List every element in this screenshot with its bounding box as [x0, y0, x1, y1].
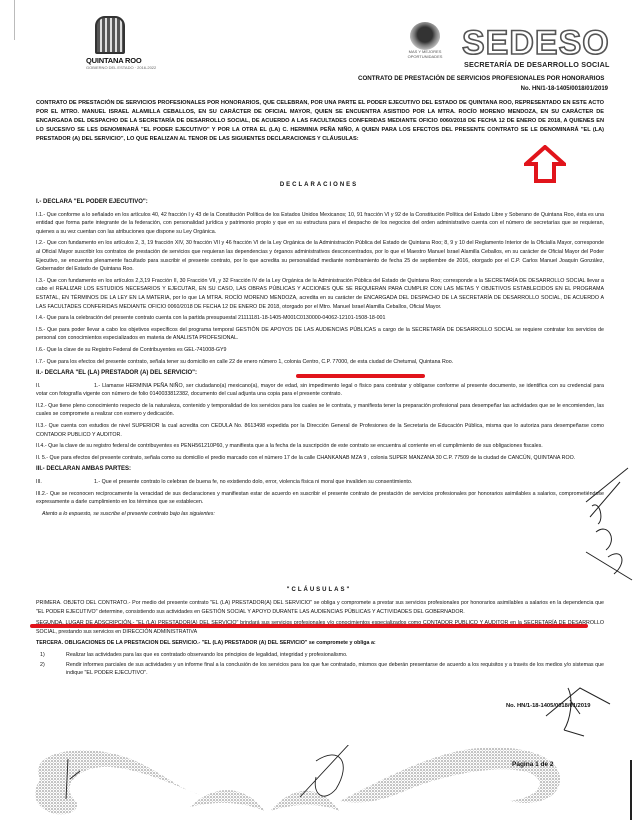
declaration-i3: I.3.- Que con fundamento en los artículo… — [36, 277, 604, 311]
page-number: Página 1 de 2 — [512, 761, 554, 768]
declaration-iii2: III.2.- Que se reconocen recíprocamente … — [36, 490, 604, 507]
declaration-ii5: II. 5.- Que para efectos del presente co… — [36, 454, 604, 463]
declaration-iii1-text: 1.- Que el presente contrato lo celebran… — [94, 479, 412, 485]
declaration-ii1-prefix: II. — [36, 382, 94, 391]
declaration-ii1: II.1.- Llamarse HERMINIA PEÑA NIÑO, ser … — [36, 382, 604, 399]
declaraciones-closing: Atento a lo expuesto, se suscribe el pre… — [36, 510, 604, 519]
obligation-item: 2) Rendir informes parciales de sus acti… — [36, 661, 604, 678]
clausulas-title: "CLÁUSULAS" — [0, 587, 638, 593]
declaration-iii1: III.1.- Que el presente contrato lo cele… — [36, 478, 604, 487]
red-arrow-up-icon — [524, 145, 566, 183]
declaration-i4: I.4.- Que para la celebración del presen… — [36, 314, 604, 323]
state-name: QUINTANA ROO — [86, 56, 134, 65]
declaration-ii3: II.3.- Que cuenta con estudios de nivel … — [36, 422, 604, 439]
declaration-ii1-text: 1.- Llamarse HERMINIA PEÑA NIÑO, ser ciu… — [36, 383, 604, 398]
quintana-roo-logo: QUINTANA ROO GOBIERNO DEL ESTADO · 2016-… — [86, 16, 134, 70]
state-subtitle: GOBIERNO DEL ESTADO · 2016-2022 — [86, 65, 134, 70]
signature-icon — [540, 680, 620, 740]
program-caption-2: OPORTUNIDADES — [400, 55, 450, 60]
declaration-i5: I.5.- Que para poder llevar a cabo los o… — [36, 326, 604, 343]
declaraciones-title: DECLARACIONES — [0, 182, 638, 188]
obligation-number: 2) — [36, 661, 66, 678]
footer-swirl-decoration — [0, 745, 638, 825]
declaration-iii1-prefix: III. — [36, 478, 94, 487]
agency-name: SECRETARÍA DE DESARROLLO SOCIAL — [464, 60, 610, 69]
section-1-heading: I.- DECLARA "EL PODER EJECUTIVO": — [36, 198, 604, 207]
footer-contract-number: No. HN/1-18-1405/0018/01/2019 — [506, 703, 590, 709]
declaration-i2: I.2.- Que con fundamento en los artículo… — [36, 239, 604, 273]
red-underline-annotation — [296, 374, 425, 378]
declaration-ii4: II.4.- Que la clave de su registro feder… — [36, 442, 604, 451]
quintana-roo-crest-icon — [95, 16, 125, 54]
signature-icon — [578, 462, 636, 592]
agency-acronym: SEDESO — [462, 26, 610, 60]
scan-edge — [14, 0, 15, 40]
red-underline-annotation — [30, 624, 588, 628]
obligation-item: 1) Realizar las actividades para las que… — [36, 651, 604, 660]
declaration-i6: I.6.- Que la clave de su Registro Federa… — [36, 346, 604, 355]
clausula-tercera: TERCERA. OBLIGACIONES DE LA PRESTACION D… — [36, 639, 604, 648]
declaration-ii2: II.2.- Que tiene pleno conocimiento resp… — [36, 402, 604, 419]
section-3-heading: III.- DECLARAN AMBAS PARTES: — [36, 465, 604, 474]
contract-number: No. HN/1-18-1405/0018/01/2019 — [521, 86, 608, 92]
obligation-text: Realizar las actividades para las que es… — [66, 651, 604, 660]
clausula-primera: PRIMERA. OBJETO DEL CONTRATO.- Por medio… — [36, 599, 604, 616]
obligation-number: 1) — [36, 651, 66, 660]
tree-icon — [410, 22, 440, 50]
program-logo: MAS Y MEJORES OPORTUNIDADES — [400, 22, 450, 59]
clausulas-body: PRIMERA. OBJETO DEL CONTRATO.- Por medio… — [36, 599, 604, 679]
declaraciones-body: I.- DECLARA "EL PODER EJECUTIVO": I.1.- … — [36, 195, 604, 521]
contract-page: QUINTANA ROO GOBIERNO DEL ESTADO · 2016-… — [0, 0, 638, 825]
contract-title: CONTRATO DE PRESTACIÓN DE SERVICIOS PROF… — [358, 75, 604, 82]
obligation-text: Rendir informes parciales de sus activid… — [66, 661, 604, 678]
declaration-i1: I.1.- Que conforme a lo señalado en los … — [36, 211, 604, 237]
declaration-i7: I.7.- Que para los efectos del presente … — [36, 358, 604, 367]
contract-intro: CONTRATO DE PRESTACIÓN DE SERVICIOS PROF… — [36, 99, 604, 144]
